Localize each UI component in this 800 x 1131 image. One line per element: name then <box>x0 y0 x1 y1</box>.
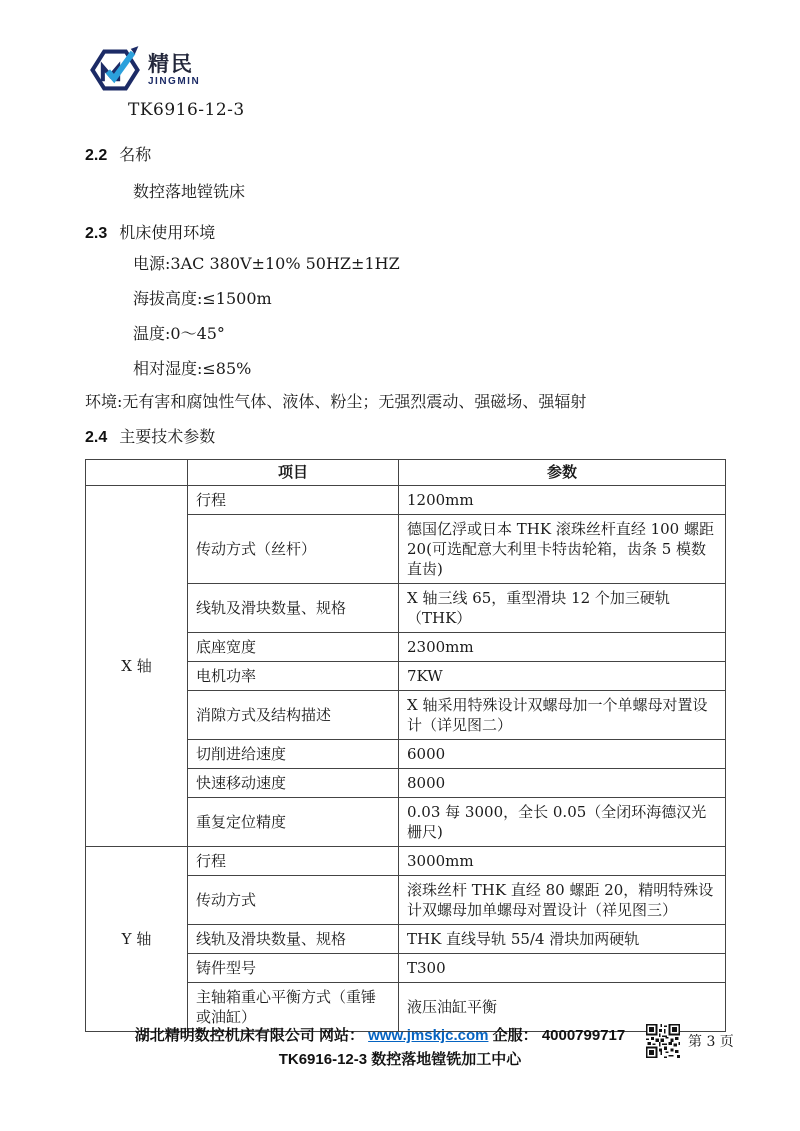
footer-website-link[interactable]: www.jmskjc.com <box>368 1027 488 1044</box>
table-row: X 轴 行程 1200mm <box>86 486 726 515</box>
env-altitude-line: 海拔高度:≤1500m <box>133 286 800 309</box>
brand-name-cn: 精民 <box>148 54 200 75</box>
header-axis-cell <box>86 460 188 486</box>
param-cell: 德国亿浮或日本 THK 滚珠丝杆直经 100 螺距 20(可选配意大利里卡特齿轮… <box>399 515 726 584</box>
section-2-4-heading: 2.4 主要技术参数 <box>85 424 800 447</box>
header-item-cell: 项目 <box>188 460 399 486</box>
section-number: 2.4 <box>85 429 107 447</box>
param-cell: 3000mm <box>399 847 726 876</box>
qr-code-icon <box>646 1024 680 1058</box>
section-2-2-heading: 2.2 名称 <box>85 142 800 165</box>
footer-company-line: 湖北精明数控机床有限公司 网站： www.jmskjc.com 企服： 4000… <box>60 1024 700 1045</box>
param-cell: 8000 <box>399 769 726 798</box>
param-cell: 7KW <box>399 662 726 691</box>
item-cell: 行程 <box>188 486 399 515</box>
table-header-row: 项目 参数 <box>86 460 726 486</box>
param-cell: T300 <box>399 954 726 983</box>
doc-number: TK6916-12-3 <box>128 100 800 120</box>
item-cell: 铸件型号 <box>188 954 399 983</box>
item-cell: 传动方式 <box>188 876 399 925</box>
item-cell: 线轨及滑块数量、规格 <box>188 925 399 954</box>
section-title: 机床使用环境 <box>119 220 215 243</box>
item-cell: 消隙方式及结构描述 <box>188 691 399 740</box>
axis-label-x: X 轴 <box>86 486 188 847</box>
param-cell: 2300mm <box>399 633 726 662</box>
table-row: Y 轴 行程 3000mm <box>86 847 726 876</box>
param-cell: X 轴三线 65，重型滑块 12 个加三硬轨（THK） <box>399 584 726 633</box>
document-page: 精民 JINGMIN TK6916-12-3 2.2 名称 数控落地镗铣床 2.… <box>0 0 800 1131</box>
item-cell: 电机功率 <box>188 662 399 691</box>
item-cell: 切削进给速度 <box>188 740 399 769</box>
footer-website-label: 网站： <box>319 1027 364 1044</box>
jingmin-hexagon-logo-icon <box>88 45 142 95</box>
technical-parameters-table: 项目 参数 X 轴 行程 1200mm 传动方式（丝杆） 德国亿浮或日本 THK… <box>85 459 726 1032</box>
footer-company: 湖北精明数控机床有限公司 <box>135 1027 315 1044</box>
env-temperature-line: 温度:0～45° <box>133 321 800 344</box>
param-cell: 6000 <box>399 740 726 769</box>
logo-text: 精民 JINGMIN <box>148 54 200 87</box>
item-cell: 线轨及滑块数量、规格 <box>188 584 399 633</box>
company-logo: 精民 JINGMIN <box>88 44 800 96</box>
machine-name: 数控落地镗铣床 <box>133 179 800 202</box>
env-power-line: 电源:3AC 380V±10% 50HZ±1HZ <box>133 251 800 274</box>
param-cell: 滚珠丝杆 THK 直经 80 螺距 20，精明特殊设计双螺母加单螺母对置设计（祥… <box>399 876 726 925</box>
section-title: 主要技术参数 <box>119 424 215 447</box>
item-cell: 传动方式（丝杆） <box>188 515 399 584</box>
footer-service-phone: 4000799717 <box>542 1027 625 1044</box>
env-conditions-line: 环境:无有害和腐蚀性气体、液体、粉尘；无强烈震动、强磁场、强辐射 <box>85 389 800 412</box>
section-number: 2.3 <box>85 225 107 243</box>
footer-service-label: 企服： <box>493 1027 538 1044</box>
brand-name-en: JINGMIN <box>148 77 200 87</box>
footer-doc-line: TK6916-12-3 数控落地镗铣加工中心 <box>0 1048 800 1069</box>
section-title: 名称 <box>119 142 151 165</box>
param-cell: 1200mm <box>399 486 726 515</box>
item-cell: 底座宽度 <box>188 633 399 662</box>
axis-label-y: Y 轴 <box>86 847 188 1032</box>
page-number: 第 3 页 <box>688 1031 734 1051</box>
header-param-cell: 参数 <box>399 460 726 486</box>
param-cell: 0.03 每 3000，全长 0.05（全闭环海德汉光栅尺) <box>399 798 726 847</box>
env-humidity-line: 相对湿度:≤85% <box>133 356 800 379</box>
page-footer: 湖北精明数控机床有限公司 网站： www.jmskjc.com 企服： 4000… <box>0 1024 800 1069</box>
item-cell: 行程 <box>188 847 399 876</box>
param-cell: THK 直线导轨 55/4 滑块加两硬轨 <box>399 925 726 954</box>
param-cell: X 轴采用特殊设计双螺母加一个单螺母对置设计（详见图二） <box>399 691 726 740</box>
item-cell: 快速移动速度 <box>188 769 399 798</box>
item-cell: 重复定位精度 <box>188 798 399 847</box>
section-2-3-heading: 2.3 机床使用环境 <box>85 220 800 243</box>
section-number: 2.2 <box>85 147 107 165</box>
